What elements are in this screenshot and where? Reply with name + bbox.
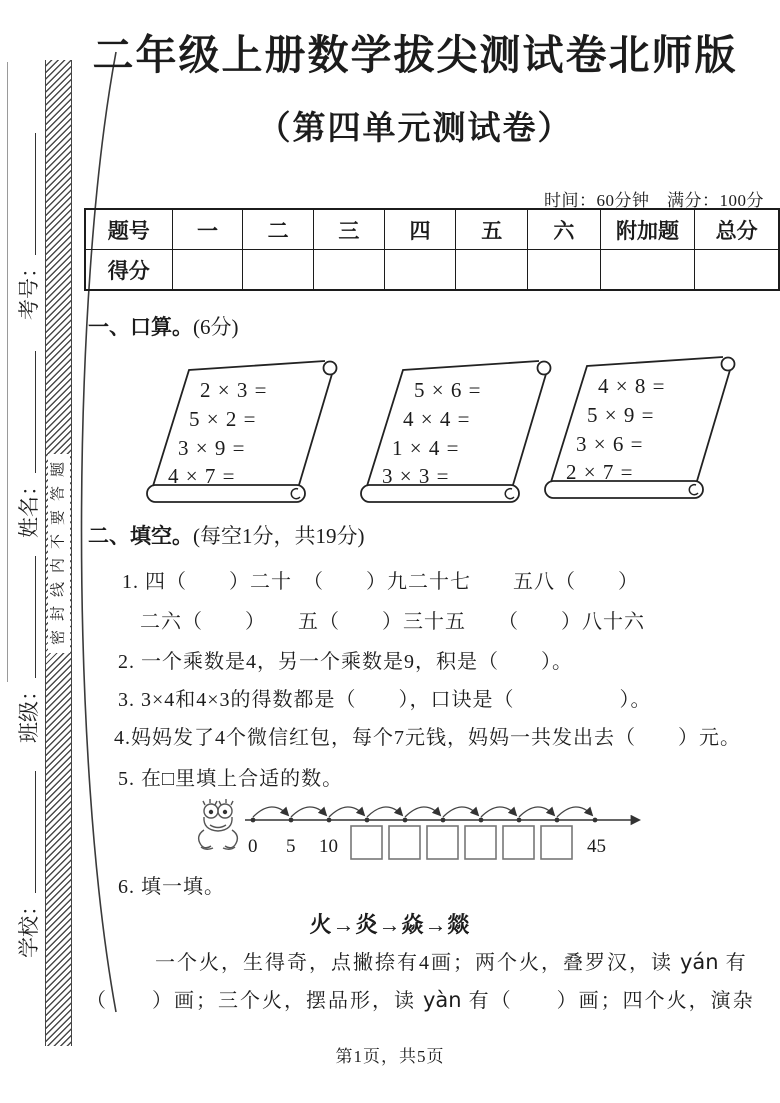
question-2: 2. 一个乘数是4，另一个乘数是9，积是（ ）。 bbox=[118, 645, 573, 674]
score-table-header-cell: 五 bbox=[456, 209, 528, 250]
seal-char: 答 bbox=[51, 482, 66, 504]
frog-hop-arcs bbox=[253, 807, 592, 817]
answer-box bbox=[503, 826, 534, 859]
exam-number-blank bbox=[21, 133, 36, 255]
student-name-blank bbox=[21, 351, 36, 473]
question-1-line-1: 1. 四（ ）二十 （ ）九二十七 五八（ ） bbox=[122, 565, 639, 594]
math-problem: 5 × 6 = bbox=[414, 378, 481, 403]
school-blank bbox=[21, 771, 36, 893]
seal-char: 不 bbox=[51, 530, 66, 552]
score-cell bbox=[243, 250, 314, 291]
math-problem: 3 × 9 = bbox=[178, 436, 245, 461]
score-cell bbox=[528, 250, 601, 291]
fire-character-chain: 火→炎→焱→燚 bbox=[0, 908, 780, 939]
section2-heading-points: (每空1分，共19分) bbox=[193, 524, 365, 548]
math-problem: 5 × 2 = bbox=[189, 407, 256, 432]
number-line-answer-boxes bbox=[351, 826, 572, 859]
score-table-header-row: 题号 一 二 三 四 五 六 附加题 总分 bbox=[85, 209, 779, 250]
oral-math-scroll-2: 5 × 6 = 4 × 4 = 1 × 4 = 3 × 3 = bbox=[356, 356, 556, 506]
exam-paper-page: 考号： 姓名： 班级： 学校： 题 答 要 不 内 线 封 密 二年级上册数学拔… bbox=[0, 0, 780, 1103]
paper-edge-line bbox=[7, 62, 8, 682]
answer-box bbox=[389, 826, 420, 859]
math-problem: 5 × 9 = bbox=[587, 403, 654, 428]
score-table-header-cell: 题号 bbox=[85, 209, 172, 250]
seal-char: 封 bbox=[51, 602, 66, 624]
score-table-header-cell: 四 bbox=[384, 209, 456, 250]
answer-box bbox=[465, 826, 496, 859]
score-cell bbox=[172, 250, 243, 291]
math-problem: 3 × 3 = bbox=[382, 464, 449, 489]
question-6: 6. 填一填。 bbox=[118, 870, 225, 899]
class-blank bbox=[21, 556, 36, 678]
tick-label: 0 bbox=[248, 836, 258, 857]
question-6-paragraph-line-2: （ ）画；三个火，摆品形，读 yàn 有（ ）画；四个火，演杂 bbox=[86, 984, 755, 1013]
math-problem: 2 × 3 = bbox=[200, 378, 267, 403]
section1-heading: 一、口算。(6分) bbox=[88, 311, 239, 341]
math-problem: 4 × 7 = bbox=[168, 464, 235, 489]
frog-icon bbox=[199, 799, 238, 849]
tick-label-end: 45 bbox=[587, 836, 606, 857]
score-table-header-cell: 一 bbox=[172, 209, 243, 250]
oral-math-scroll-3: 4 × 8 = 5 × 9 = 3 × 6 = 2 × 7 = bbox=[540, 352, 740, 502]
score-table: 题号 一 二 三 四 五 六 附加题 总分 得分 bbox=[84, 208, 780, 291]
score-table-header-cell: 总分 bbox=[695, 209, 779, 250]
seal-char: 内 bbox=[51, 554, 66, 576]
seal-char: 题 bbox=[51, 458, 66, 480]
section1-heading-title: 一、口算。 bbox=[88, 316, 193, 339]
math-problem: 2 × 7 = bbox=[566, 460, 633, 485]
oral-math-scroll-1: 2 × 3 = 5 × 2 = 3 × 9 = 4 × 7 = bbox=[142, 356, 342, 506]
field-exam-number: 考号： bbox=[13, 104, 43, 320]
page-subtitle: （第四单元测试卷） bbox=[60, 102, 770, 149]
field-student-name: 姓名： bbox=[13, 322, 43, 538]
seal-char: 线 bbox=[51, 578, 66, 600]
question-6-paragraph-line-1: 一个火，生得奇，点撇捺有4画；两个火，叠罗汉，读 yán 有 bbox=[155, 946, 748, 975]
section2-heading: 二、填空。(每空1分，共19分) bbox=[88, 520, 365, 550]
score-table-score-row: 得分 bbox=[85, 250, 779, 291]
tick-label: 5 bbox=[286, 836, 296, 857]
score-cell bbox=[695, 250, 779, 291]
tick-label: 10 bbox=[319, 836, 338, 857]
math-problem: 4 × 8 = bbox=[598, 374, 665, 399]
question-4: 4.妈妈发了4个微信红包，每个7元钱，妈妈一共发出去（ ）元。 bbox=[114, 721, 741, 750]
field-exam-number-label: 考号： bbox=[17, 257, 41, 320]
score-row-label: 得分 bbox=[85, 250, 172, 291]
question-3: 3. 3×4和4×3的得数都是（ ），口诀是（ ）。 bbox=[118, 683, 652, 712]
math-problem: 4 × 4 = bbox=[403, 407, 470, 432]
answer-box bbox=[541, 826, 572, 859]
page-title: 二年级上册数学拔尖测试卷北师版 bbox=[60, 22, 770, 81]
seal-line-text: 题 答 要 不 内 线 封 密 bbox=[48, 454, 70, 653]
answer-box bbox=[427, 826, 458, 859]
field-class: 班级： bbox=[13, 527, 43, 743]
section2-heading-title: 二、填空。 bbox=[88, 525, 193, 548]
seal-line-strip: 题 答 要 不 内 线 封 密 bbox=[45, 60, 72, 1046]
paragraph-text: 有（ ）画；四个火，演杂 bbox=[462, 990, 755, 1012]
field-class-label: 班级： bbox=[17, 680, 41, 743]
score-cell bbox=[314, 250, 385, 291]
page-number-footer: 第1页，共5页 bbox=[0, 1042, 780, 1067]
paragraph-text: 有 bbox=[719, 952, 748, 974]
score-cell bbox=[384, 250, 456, 291]
score-table-header-cell: 附加题 bbox=[600, 209, 695, 250]
pinyin-yan4: yàn bbox=[423, 988, 462, 1012]
pinyin-yan2: yán bbox=[680, 950, 719, 974]
paragraph-text: 一个火，生得奇，点撇捺有4画；两个火，叠罗汉，读 bbox=[155, 952, 680, 974]
score-cell bbox=[456, 250, 528, 291]
seal-char: 密 bbox=[51, 626, 66, 648]
math-problem: 1 × 4 = bbox=[392, 436, 459, 461]
paragraph-text: （ ）画；三个火，摆品形，读 bbox=[86, 990, 423, 1012]
number-line-figure: 0 5 10 45 bbox=[193, 790, 673, 862]
score-table-header-cell: 六 bbox=[528, 209, 601, 250]
seal-char: 要 bbox=[51, 506, 66, 528]
question-1-line-2: 二六（ ） 五（ ）三十五 （ ）八十六 bbox=[140, 605, 645, 634]
score-table-header-cell: 二 bbox=[243, 209, 314, 250]
answer-box bbox=[351, 826, 382, 859]
score-table-header-cell: 三 bbox=[314, 209, 385, 250]
score-cell bbox=[600, 250, 695, 291]
section1-heading-points: (6分) bbox=[193, 315, 239, 339]
question-5: 5. 在□里填上合适的数。 bbox=[118, 762, 343, 791]
math-problem: 3 × 6 = bbox=[576, 432, 643, 457]
